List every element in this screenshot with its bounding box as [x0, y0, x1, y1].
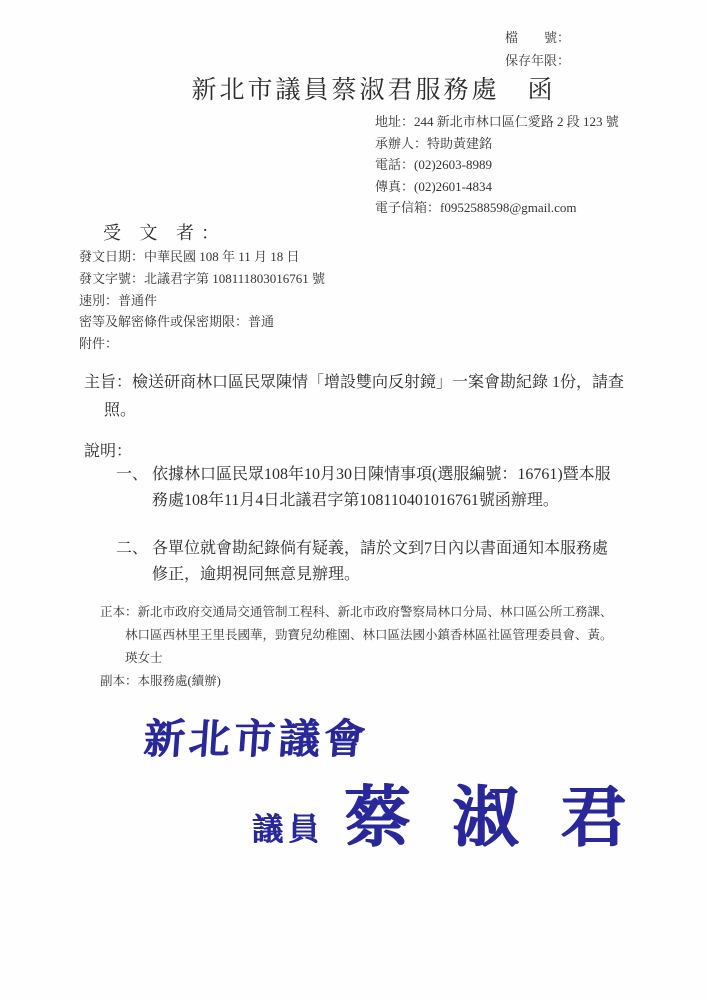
meta-speed: 速別：普通件: [79, 290, 325, 312]
contact-address: 地址：244 新北市林口區仁愛路 2 段 123 號: [375, 111, 619, 133]
meta-security: 密等及解密條件或保密期限：普通: [79, 311, 325, 333]
signature-role-label: 議員: [252, 804, 324, 849]
document-page: 檔 號： 保存年限： 新北市議員蔡淑君服務處 函 地址：244 新北市林口區仁愛…: [0, 0, 707, 1000]
contact-phone: 電話：(02)2603-8989: [375, 154, 619, 176]
contact-fax: 傳真：(02)2601-4834: [375, 176, 619, 198]
subject-text: 檢送研商林口區民眾陳情「增設雙向反射鏡」一案會勘紀錄 1份，請查照。: [104, 374, 624, 419]
meta-issue-date: 發文日期：中華民國 108 年 11 月 18 日: [79, 246, 325, 268]
subject-label: 主旨：: [84, 374, 132, 391]
signature-council-name: 新北市議會: [142, 706, 371, 765]
item-number: 一、: [116, 462, 152, 514]
recipient-label: 受 文 者：: [103, 219, 226, 245]
signature-name-char: 君: [560, 782, 626, 855]
sender-contact-block: 地址：244 新北市林口區仁愛路 2 段 123 號 承辦人：特助黃建銘 電話：…: [375, 111, 619, 219]
subject-paragraph: 主旨：檢送研商林口區民眾陳情「增設雙向反射鏡」一案會勘紀錄 1份，請查照。: [84, 369, 632, 424]
item-number: 二、: [116, 536, 152, 588]
copies-cc: 副本：本服務處(續辦): [100, 671, 221, 689]
contact-email: 電子信箱：f0952588598@gmail.com: [375, 197, 619, 219]
meta-block: 發文日期：中華民國 108 年 11 月 18 日 發文字號：北議君字第 108…: [79, 246, 325, 355]
contact-handler: 承辦人：特助黃建銘: [375, 133, 619, 155]
description-item-1: 一、 依據林口區民眾108年10月30日陳情事項(選服編號：16761)暨本服務…: [116, 462, 621, 514]
signature-name-char: 淑: [452, 782, 518, 855]
signature-name-char: 蔡: [344, 782, 410, 855]
signature-block: 議員 蔡淑君: [252, 764, 626, 859]
file-number-label: 檔 號：: [505, 26, 570, 49]
item-text: 各單位就會勘紀錄倘有疑義，請於文到7日內以書面通知本服務處修正，逾期視同無意見辦…: [152, 536, 621, 588]
retention-label: 保存年限：: [505, 49, 570, 72]
copies-original: 正本：新北市政府交通局交通管制工程科、新北市政府警察局林口分局、林口區公所工務課…: [100, 601, 622, 670]
meta-doc-number: 發文字號：北議君字第 108111803016761 號: [79, 268, 325, 290]
signature-name: 蔡淑君: [344, 764, 626, 859]
meta-attachment: 附件：: [79, 333, 325, 355]
item-text: 依據林口區民眾108年10月30日陳情事項(選服編號：16761)暨本服務處10…: [152, 462, 621, 514]
description-label: 說明：: [84, 438, 132, 461]
description-item-2: 二、 各單位就會勘紀錄倘有疑義，請於文到7日內以書面通知本服務處修正，逾期視同無…: [116, 536, 621, 588]
document-title: 新北市議員蔡淑君服務處 函: [0, 70, 707, 106]
archival-block: 檔 號： 保存年限：: [505, 26, 570, 72]
